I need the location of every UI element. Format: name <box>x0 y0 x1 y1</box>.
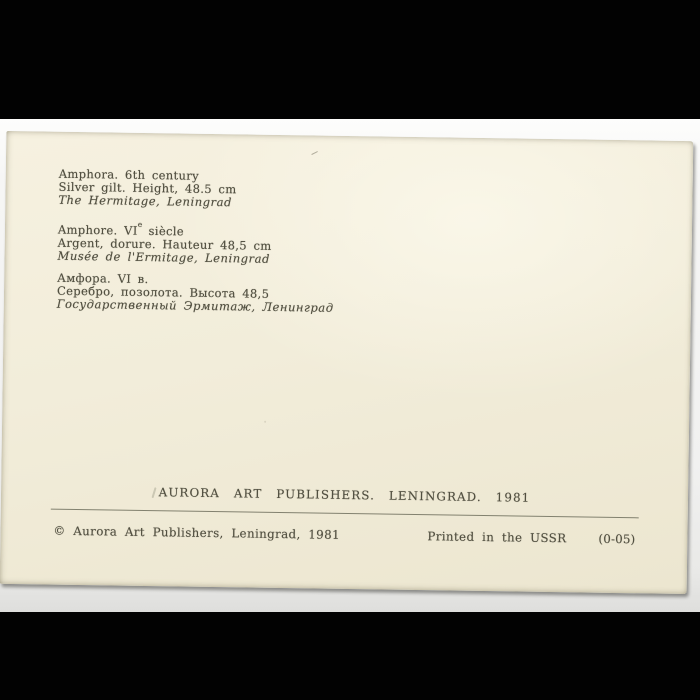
copyright-text: © Aurora Art Publishers, Leningrad, 1981 <box>53 524 340 542</box>
publisher-line: AURORA ART PUBLISHERS. LENINGRAD. 1981 <box>1 483 688 507</box>
caption-english-museum: The Hermitage, Leningrad <box>58 194 236 210</box>
postcard-back: Amphora. 6th century Silver gilt. Height… <box>0 131 693 594</box>
caption-russian: Амфора. VI в. Серебро, позолота. Высота … <box>57 272 334 315</box>
letterbox-bottom <box>0 612 700 700</box>
caption-french-title-superscript: e <box>138 219 143 228</box>
caption-french: Amphore. VIe siècle Argent, dorure. Haut… <box>57 220 271 266</box>
paper-speck <box>264 421 266 423</box>
letterbox-top <box>0 0 700 119</box>
printed-in-ussr-text: Printed in the USSR <box>427 529 566 545</box>
caption-english: Amphora. 6th century Silver gilt. Height… <box>58 168 237 210</box>
paper-speck <box>311 151 318 155</box>
imprint-row: © Aurora Art Publishers, Leningrad, 1981… <box>53 524 637 549</box>
divider-rule <box>51 509 639 519</box>
print-run-code: (0-05) <box>598 532 635 547</box>
caption-russian-museum: Государственный Эрмитаж, Ленинград <box>57 298 334 315</box>
caption-french-museum: Musée de l'Ermitage, Leningrad <box>57 250 271 266</box>
postcard-photo: Amphora. 6th century Silver gilt. Height… <box>0 0 700 700</box>
